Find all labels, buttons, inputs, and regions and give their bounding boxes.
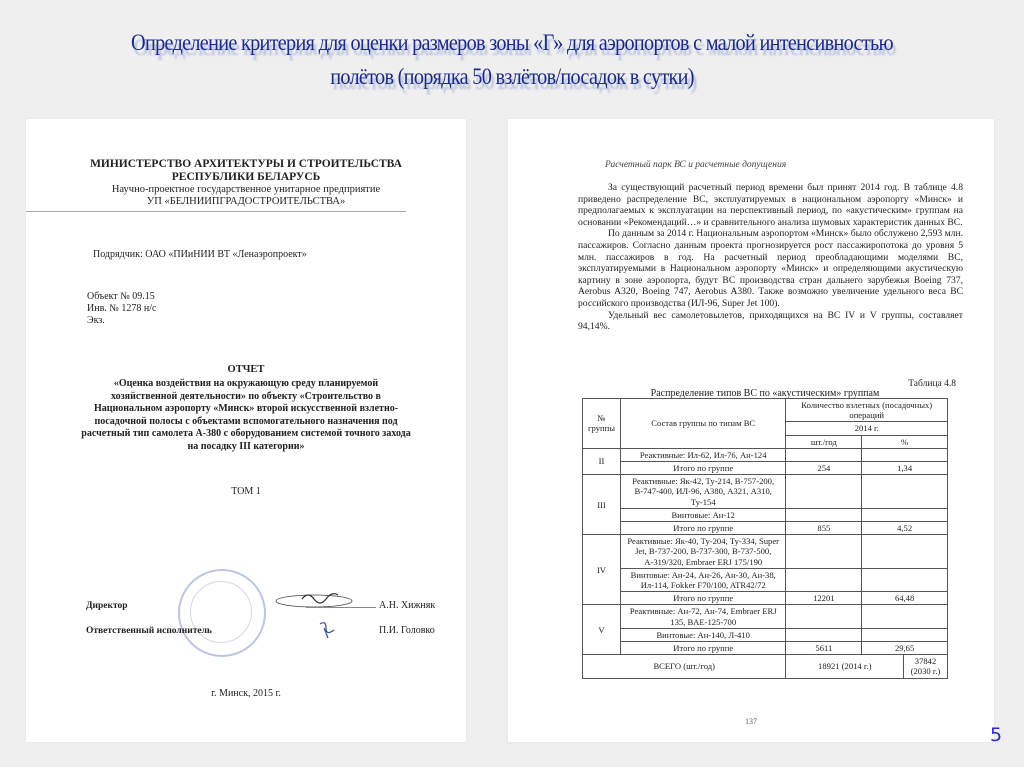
subtotal-count: 12201: [786, 592, 862, 605]
group-id: V: [583, 605, 621, 655]
table-row: IIIРеактивные: Як-42, Ту-214, В-757-200,…: [583, 475, 948, 509]
header-year: 2014 г.: [786, 422, 948, 435]
director-name: А.Н. Хижняк: [379, 600, 435, 613]
signature-icon: [274, 589, 354, 609]
aircraft-types: Реактивные: Як-40, Ту-204, Ту-334, Super…: [620, 535, 785, 569]
table-row: Винтовые: Ан-12: [583, 508, 948, 521]
total-2030: 37842 (2030 г.): [904, 655, 948, 678]
subtotal-label: Итого по группе: [620, 642, 785, 655]
slide-title: Определение критерия для оценки размеров…: [97, 26, 928, 94]
acoustic-groups-table: № группыСостав группы по типам ВСКоличес…: [582, 398, 948, 679]
subtotal-percent: 29,65: [862, 642, 948, 655]
executor-label: Ответственный исполнитель: [86, 625, 212, 638]
header-operations: Количество взлетных (посадочных) операци…: [786, 399, 948, 422]
institution-header: Научно-проектное государственное унитарн…: [26, 184, 466, 208]
slide-number: 5: [990, 724, 1002, 746]
copy-label: Экз.: [87, 315, 105, 328]
subtotal-percent: 4,52: [862, 522, 948, 535]
slide-title-line2: полётов (порядка 50 взлётов/посадок в су…: [97, 60, 928, 94]
paragraph-1: За существующий расчетный период времени…: [578, 182, 963, 228]
object-number: Объект № 09.15: [87, 291, 155, 304]
page-number: 137: [508, 717, 994, 726]
slide-title-line1: Определение критерия для оценки размеров…: [97, 26, 928, 60]
aircraft-types: Винтовые: Ан-24, Ан-26, Ан-30, Ан-38, Ил…: [620, 568, 785, 591]
contractor: Подрядчик: ОАО «ПИиНИИ ВТ «Ленаэропроект…: [93, 249, 307, 262]
report-table-page: Расчетный парк ВС и расчетные допущения …: [508, 119, 994, 742]
table-row: Винтовые: Ан-24, Ан-26, Ан-30, Ан-38, Ил…: [583, 568, 948, 591]
empty-cell: [862, 535, 948, 569]
subtotal-count: 855: [786, 522, 862, 535]
total-row: ВСЕГО (шт./год)18921 (2014 г.)37842 (203…: [583, 655, 948, 678]
empty-cell: [862, 508, 948, 521]
empty-cell: [786, 535, 862, 569]
subtotal-percent: 1,34: [862, 462, 948, 475]
total-2014: 18921 (2014 г.): [786, 655, 904, 678]
volume-label: ТОМ 1: [26, 486, 466, 497]
group-id: IV: [583, 535, 621, 605]
empty-cell: [786, 568, 862, 591]
executor-name: П.И. Головко: [379, 625, 435, 638]
table-row: VРеактивные: Ан-72, Ан-74, Embraer ERJ 1…: [583, 605, 948, 628]
subtotal-label: Итого по группе: [620, 522, 785, 535]
header-group-number: № группы: [583, 399, 621, 449]
subtotal-label: Итого по группе: [620, 592, 785, 605]
aircraft-types: Реактивные: Як-42, Ту-214, В-757-200, В-…: [620, 475, 785, 509]
subtotal-row: Итого по группе8554,52: [583, 522, 948, 535]
header-units: шт./год: [786, 435, 862, 448]
subtotal-label: Итого по группе: [620, 462, 785, 475]
paragraph-2: По данным за 2014 г. Национальным аэропо…: [578, 228, 963, 309]
initials-signature-icon: [316, 618, 338, 640]
report-title: ОТЧЕТ: [26, 364, 466, 375]
aircraft-types: Реактивные: Ил-62, Ил-76, Ан-124: [620, 448, 785, 461]
empty-cell: [786, 628, 862, 641]
signature-line: [306, 607, 376, 608]
section-heading: Расчетный парк ВС и расчетные допущения: [605, 160, 786, 170]
subtotal-row: Итого по группе2541,34: [583, 462, 948, 475]
aircraft-types: Винтовые: Ан-140, Л-410: [620, 628, 785, 641]
empty-cell: [862, 568, 948, 591]
city-year: г. Минск, 2015 г.: [26, 688, 466, 699]
empty-cell: [862, 605, 948, 628]
inventory-number: Инв. № 1278 н/с: [87, 303, 156, 316]
header-percent: %: [862, 435, 948, 448]
report-subject: «Оценка воздействия на окружающую среду …: [81, 378, 411, 453]
subtotal-row: Итого по группе561129,65: [583, 642, 948, 655]
subtotal-count: 5611: [786, 642, 862, 655]
header-composition: Состав группы по типам ВС: [620, 399, 785, 449]
empty-cell: [786, 508, 862, 521]
empty-cell: [862, 475, 948, 509]
group-id: III: [583, 475, 621, 535]
director-label: Директор: [86, 600, 128, 613]
aircraft-types: Винтовые: Ан-12: [620, 508, 785, 521]
subtotal-percent: 64,48: [862, 592, 948, 605]
group-id: II: [583, 448, 621, 474]
official-stamp-icon: [178, 569, 266, 657]
empty-cell: [786, 605, 862, 628]
ministry-header: МИНИСТЕРСТВО АРХИТЕКТУРЫ И СТРОИТЕЛЬСТВА…: [26, 158, 466, 184]
subtotal-count: 254: [786, 462, 862, 475]
aircraft-types: Реактивные: Ан-72, Ан-74, Embraer ERJ 13…: [620, 605, 785, 628]
empty-cell: [862, 448, 948, 461]
total-label: ВСЕГО (шт./год): [583, 655, 786, 678]
table-row: IVРеактивные: Як-40, Ту-204, Ту-334, Sup…: [583, 535, 948, 569]
report-cover-page: МИНИСТЕРСТВО АРХИТЕКТУРЫ И СТРОИТЕЛЬСТВА…: [26, 119, 466, 742]
paragraph-3: Удельный вес самолетовылетов, приходящих…: [578, 310, 963, 333]
empty-cell: [786, 448, 862, 461]
body-text: За существующий расчетный период времени…: [578, 182, 963, 333]
table-row: Винтовые: Ан-140, Л-410: [583, 628, 948, 641]
empty-cell: [786, 475, 862, 509]
table-header-row: № группыСостав группы по типам ВСКоличес…: [583, 399, 948, 422]
header-divider: [26, 211, 406, 212]
empty-cell: [862, 628, 948, 641]
subtotal-row: Итого по группе1220164,48: [583, 592, 948, 605]
table-row: IIРеактивные: Ил-62, Ил-76, Ан-124: [583, 448, 948, 461]
